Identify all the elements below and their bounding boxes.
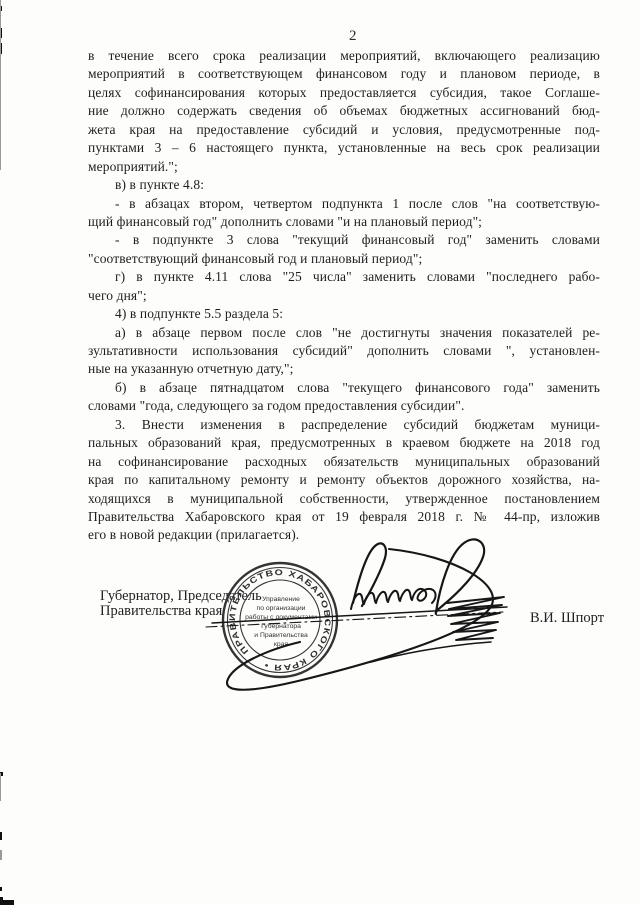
scan-artifact <box>0 850 2 860</box>
text-line: ние должно содержать сведения об объемах… <box>88 102 600 120</box>
text-line: ные на указанную отчетную дату,"; <box>88 360 600 378</box>
text-line: ходящихся в муниципальной собственности,… <box>88 490 600 508</box>
text-line: зультативности использования субсидий" д… <box>88 342 600 360</box>
text-line: б) в абзаце пятнадцатом слова "текущего … <box>88 379 600 397</box>
scan-artifact <box>0 832 2 840</box>
text-line: щий финансовый год" дополнить словами "и… <box>88 213 600 231</box>
text-line: мероприятий."; <box>88 158 600 176</box>
svg-text:и Правительства: и Правительства <box>254 632 308 639</box>
text-line: "соответствующий финансовый год и планов… <box>88 250 600 268</box>
scan-artifact <box>0 773 1 801</box>
text-line: чего дня"; <box>88 287 600 305</box>
scan-artifact <box>0 0 1 170</box>
text-line: пальных образований края, предусмотренны… <box>88 434 600 452</box>
document-body: в течение всего срока реализации меропри… <box>88 47 600 545</box>
text-line: 4) в подпункте 5.5 раздела 5: <box>88 305 600 323</box>
text-line: жета края на предоставление субсидий и у… <box>88 121 600 139</box>
text-line: словами "года, следующего за годом предо… <box>88 397 600 415</box>
scanned-document-page: 2 в течение всего срока реализации мероп… <box>0 0 640 905</box>
text-line: на софинансирование расходных обязательс… <box>88 453 600 471</box>
svg-text:по организации: по организации <box>257 605 306 612</box>
text-line: мероприятий в соответствующем финансовом… <box>88 65 600 83</box>
text-line: г) в пункте 4.11 слова "25 числа" замени… <box>88 268 600 286</box>
scan-artifact <box>0 887 2 891</box>
text-line: в) в пункте 4.8: <box>88 176 600 194</box>
scan-artifact <box>0 900 14 905</box>
svg-text:Губернатора: Губернатора <box>261 622 301 630</box>
page-number: 2 <box>349 28 357 45</box>
text-line: а) в абзаце первом после слов "не достиг… <box>88 324 600 342</box>
text-line: 3. Внести изменения в распределение субс… <box>88 416 600 434</box>
text-line: края по капитальному ремонту и ремонту о… <box>88 471 600 489</box>
text-line: - в абзацах втором, четвертом подпункта … <box>88 195 600 213</box>
text-line: - в подпункте 3 слова "текущий финансовы… <box>88 231 600 249</box>
stamp-and-signature: ПРАВИТЕЛЬСТВО ХАБАРОВСКОГО КРАЯ • Управл… <box>90 533 610 718</box>
text-line: в течение всего срока реализации меропри… <box>88 47 600 65</box>
text-line: целях софинансирования которых предостав… <box>88 84 600 102</box>
text-line: пунктами 3 – 6 настоящего пункта, устано… <box>88 139 600 157</box>
svg-text:Управление: Управление <box>262 596 300 603</box>
text-line: Правительства Хабаровского края от 19 фе… <box>88 508 600 526</box>
